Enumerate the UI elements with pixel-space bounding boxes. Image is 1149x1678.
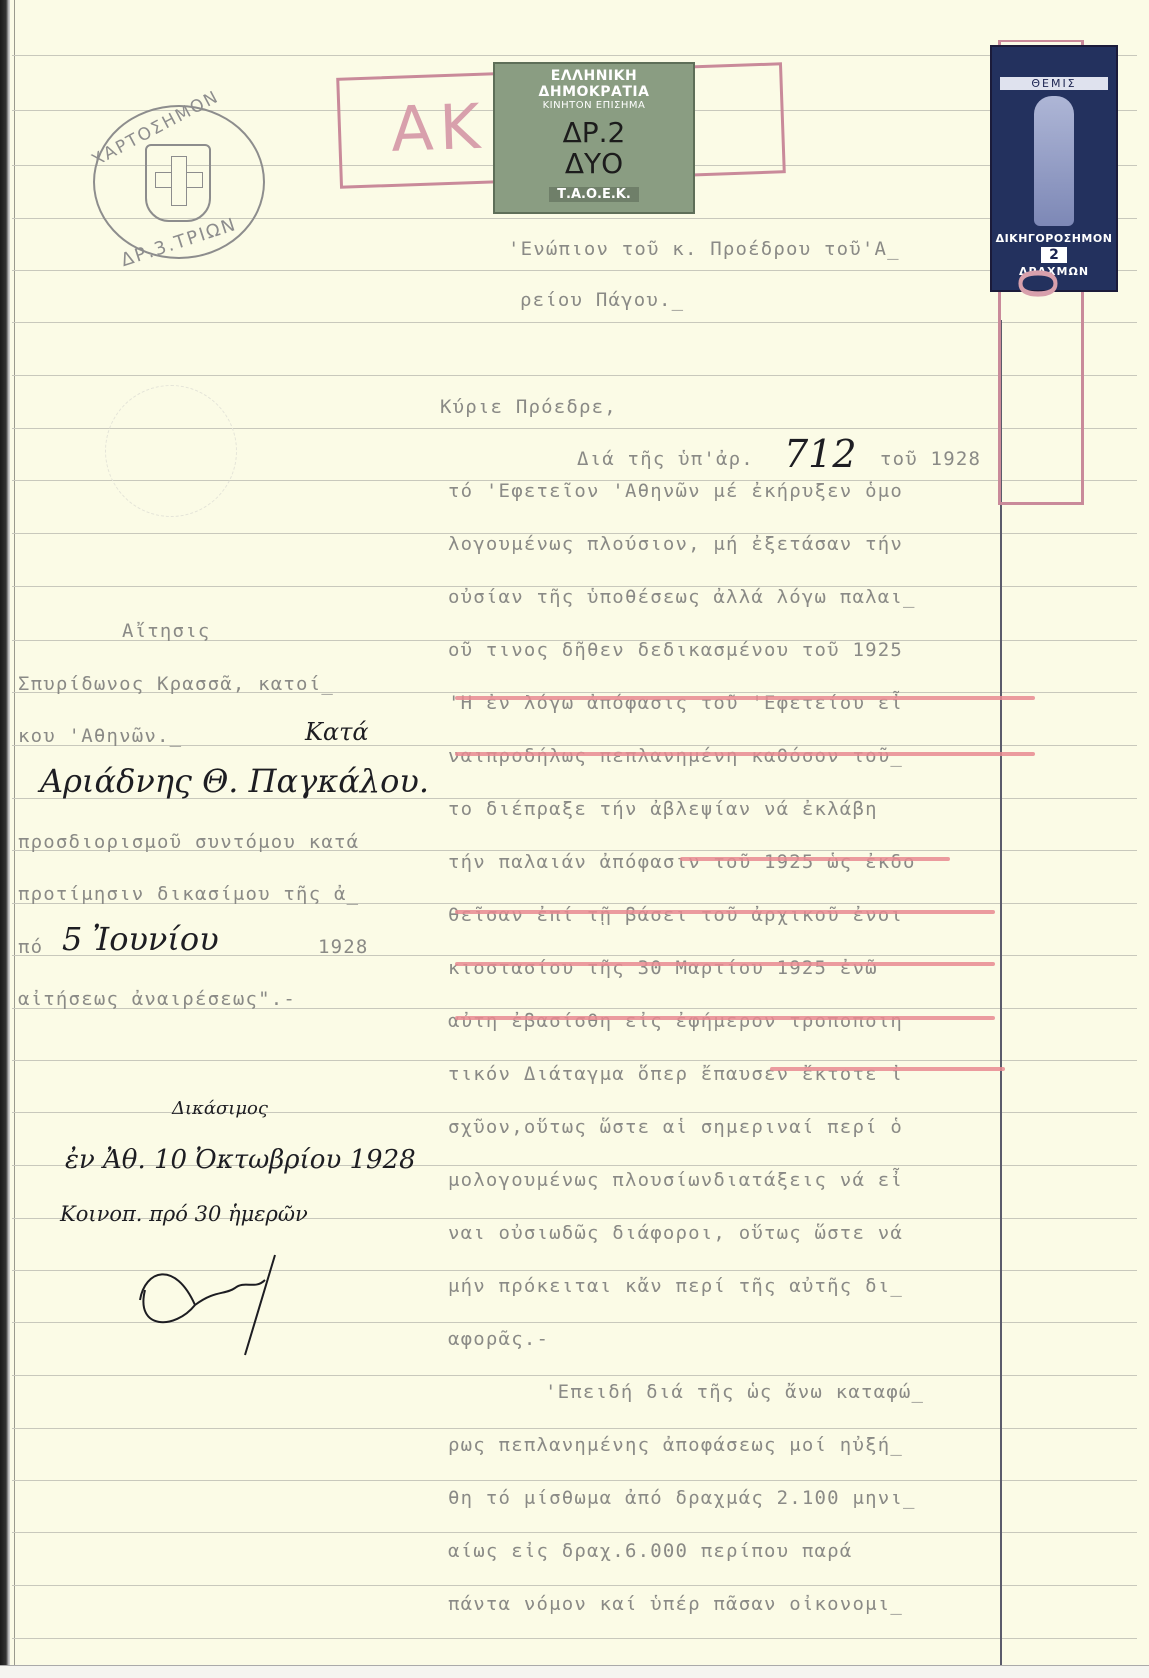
- ruled-line: [12, 1428, 1137, 1429]
- red-underline: [455, 962, 995, 966]
- red-vertical-stamp-text: 0: [1010, 100, 1070, 300]
- red-underline: [455, 1016, 995, 1020]
- red-underline: [770, 1067, 1005, 1071]
- faint-embossed-seal: [105, 385, 237, 517]
- left-line-1: Σπυρίδωνος Κρασσᾶ, κατοί_: [18, 673, 334, 695]
- green-stamp-value-words: ΔΥΟ: [495, 149, 693, 179]
- green-stamp-line1: ΕΛΛΗΝΙΚΗ ΔΗΜΟΚΡΑΤΙΑ: [495, 68, 693, 100]
- handwritten-decision-number: 712: [784, 432, 857, 476]
- petition-title: Αἴτησις: [122, 620, 210, 642]
- body-line: τήν παλαιάν ἀπόφασιν τοῦ 1925 ὡς ἐκδο: [448, 851, 916, 873]
- blue-stamp-top: ΘΕΜΙΣ: [1000, 77, 1108, 90]
- body-line: αὐτη ἐβασίσθη εἰς ἐφήμερον τροποποιη: [448, 1010, 903, 1032]
- red-underline: [455, 696, 1035, 700]
- body-line: ναιπροδήλως πεπλανημένη καθόσον τοῦ_: [448, 745, 903, 767]
- body-line: τό 'Εφετεῖον 'Αθηνῶν μέ ἐκήρυξεν ὁμο: [448, 480, 903, 502]
- cross-shield-icon: [145, 144, 211, 222]
- body-line: οὐσίαν τῆς ὑποθέσεως ἀλλά λόγω παλαι_: [448, 586, 916, 608]
- left-line-2: κου 'Αθηνῶν._: [18, 725, 182, 747]
- body-line: πάντα νόμον καί ὑπέρ πᾶσαν οἰκονομι_: [448, 1593, 903, 1615]
- handwritten-note-3: Κοινοπ. πρό 30 ἡμερῶν: [60, 1202, 308, 1226]
- green-stamp-value: ΔΡ.2: [495, 117, 693, 149]
- ruled-line: [12, 55, 1137, 56]
- left-line-5: πό: [18, 936, 43, 958]
- right-margin-line: [1000, 320, 1002, 1670]
- ruled-line: [12, 270, 1137, 271]
- ruled-line: [12, 1585, 1137, 1586]
- greeting: Κύριε Πρόεδρε,: [440, 396, 617, 418]
- ruled-line: [12, 1480, 1137, 1481]
- handwritten-note-2: ἐν Ἀθ. 10 Ὀκτωβρίου 1928: [65, 1145, 416, 1175]
- ruled-line: [12, 1532, 1137, 1533]
- red-stamp-text: ΑΚ: [390, 90, 488, 166]
- body-line: το διέπραξε τήν ἀβλεψίαν νά ἐκλάβη: [448, 798, 878, 820]
- body-line: οῦ τινος δῆθεν δεδικασμένου τοῦ 1925: [448, 639, 903, 661]
- heading-line-2: ρείου Πάγου._: [520, 289, 684, 311]
- handwritten-respondent-name: Αριάδνης Θ. Παγκάλου.: [40, 762, 429, 800]
- left-line-6: αἰτήσεως ἀναιρέσεως".-: [18, 988, 296, 1010]
- body-line: σχῦον,οὕτως ὥστε αἱ σημεριναί περί ὁ: [448, 1116, 903, 1138]
- handwritten-note-1: Δικάσιμος: [172, 1098, 268, 1119]
- revenue-seal: ΧΑΡΤΟΣΗΜΟΝ ΔΡ.3.ΤΡΙΩΝ: [93, 105, 265, 259]
- red-underline: [680, 857, 950, 861]
- signature: [135, 1250, 315, 1360]
- body-line: μολογουμένως πλουσίωνδιατάξεις νά εἶ: [448, 1169, 903, 1191]
- ruled-line: [12, 1060, 1137, 1061]
- ruled-line: [12, 322, 1137, 323]
- red-underline: [455, 910, 995, 914]
- left-line-year: 1928: [318, 936, 369, 958]
- body-line: ναι οὐσιωδῶς διάφοροι, οὕτως ὥστε νά: [448, 1222, 903, 1244]
- heading-line-1: 'Ενώπιον τοῦ κ. Προέδρου τοῦ'Α_: [508, 238, 900, 260]
- left-line-3: προσδιορισμοῦ συντόμου κατά: [18, 831, 359, 853]
- body-line: θεῖσαν ἐπί τῇ βάσει τοῦ ἀρχικοῦ ἐνοι: [448, 904, 903, 926]
- body-first-line-prefix: Διά τῆς ὑπ'ἀρ.: [577, 448, 754, 470]
- body-first-line-suffix: τοῦ 1928: [880, 448, 981, 470]
- handwritten-kata: Κατά: [305, 718, 369, 746]
- body-line: κιοστασίου τῆς 30 Μαρτίου 1925 ἐνῶ: [448, 957, 878, 979]
- body-line: ρως πεπλανημένης ἀποφάσεως μοί ηὐξή_: [448, 1434, 903, 1456]
- green-stamp-bottom: Τ.Α.Ο.Ε.Κ.: [549, 187, 639, 202]
- handwritten-date: 5 Ἰουνίου: [62, 920, 219, 958]
- green-stamp-line2: ΚΙΝΗΤΟΝ ΕΠΙΣΗΜΑ: [495, 100, 693, 111]
- body-line: θη τό μίσθωμα ἀπό δραχμάς 2.100 μηνι_: [448, 1487, 916, 1509]
- body-line: αίως εἰς δραχ.6.000 περίπου παρά: [448, 1540, 852, 1562]
- ruled-line: [12, 375, 1137, 376]
- page-left-edge: [0, 0, 10, 1678]
- body-line: αφορᾶς.-: [448, 1328, 549, 1350]
- left-line-4: προτίμησιν δικασίμου τῆς ἀ_: [18, 883, 359, 905]
- green-revenue-stamp: ΕΛΛΗΝΙΚΗ ΔΗΜΟΚΡΑΤΙΑ ΚΙΝΗΤΟΝ ΕΠΙΣΗΜΑ ΔΡ.2…: [493, 62, 695, 214]
- body-line: 'Επειδή διά τῆς ὡς ἄνω καταφώ_: [545, 1381, 924, 1403]
- left-margin-line: [14, 0, 15, 1678]
- body-line: μήν πρόκειται κἄν περί τῆς αὐτῆς δι_: [448, 1275, 903, 1297]
- body-line: λογουμένως πλούσιον, μή ἐξετάσαν τήν: [448, 533, 903, 555]
- ruled-line: [12, 1375, 1137, 1376]
- page-bottom-edge: [0, 1665, 1149, 1678]
- red-underline: [455, 752, 1035, 756]
- ruled-line: [12, 1638, 1137, 1639]
